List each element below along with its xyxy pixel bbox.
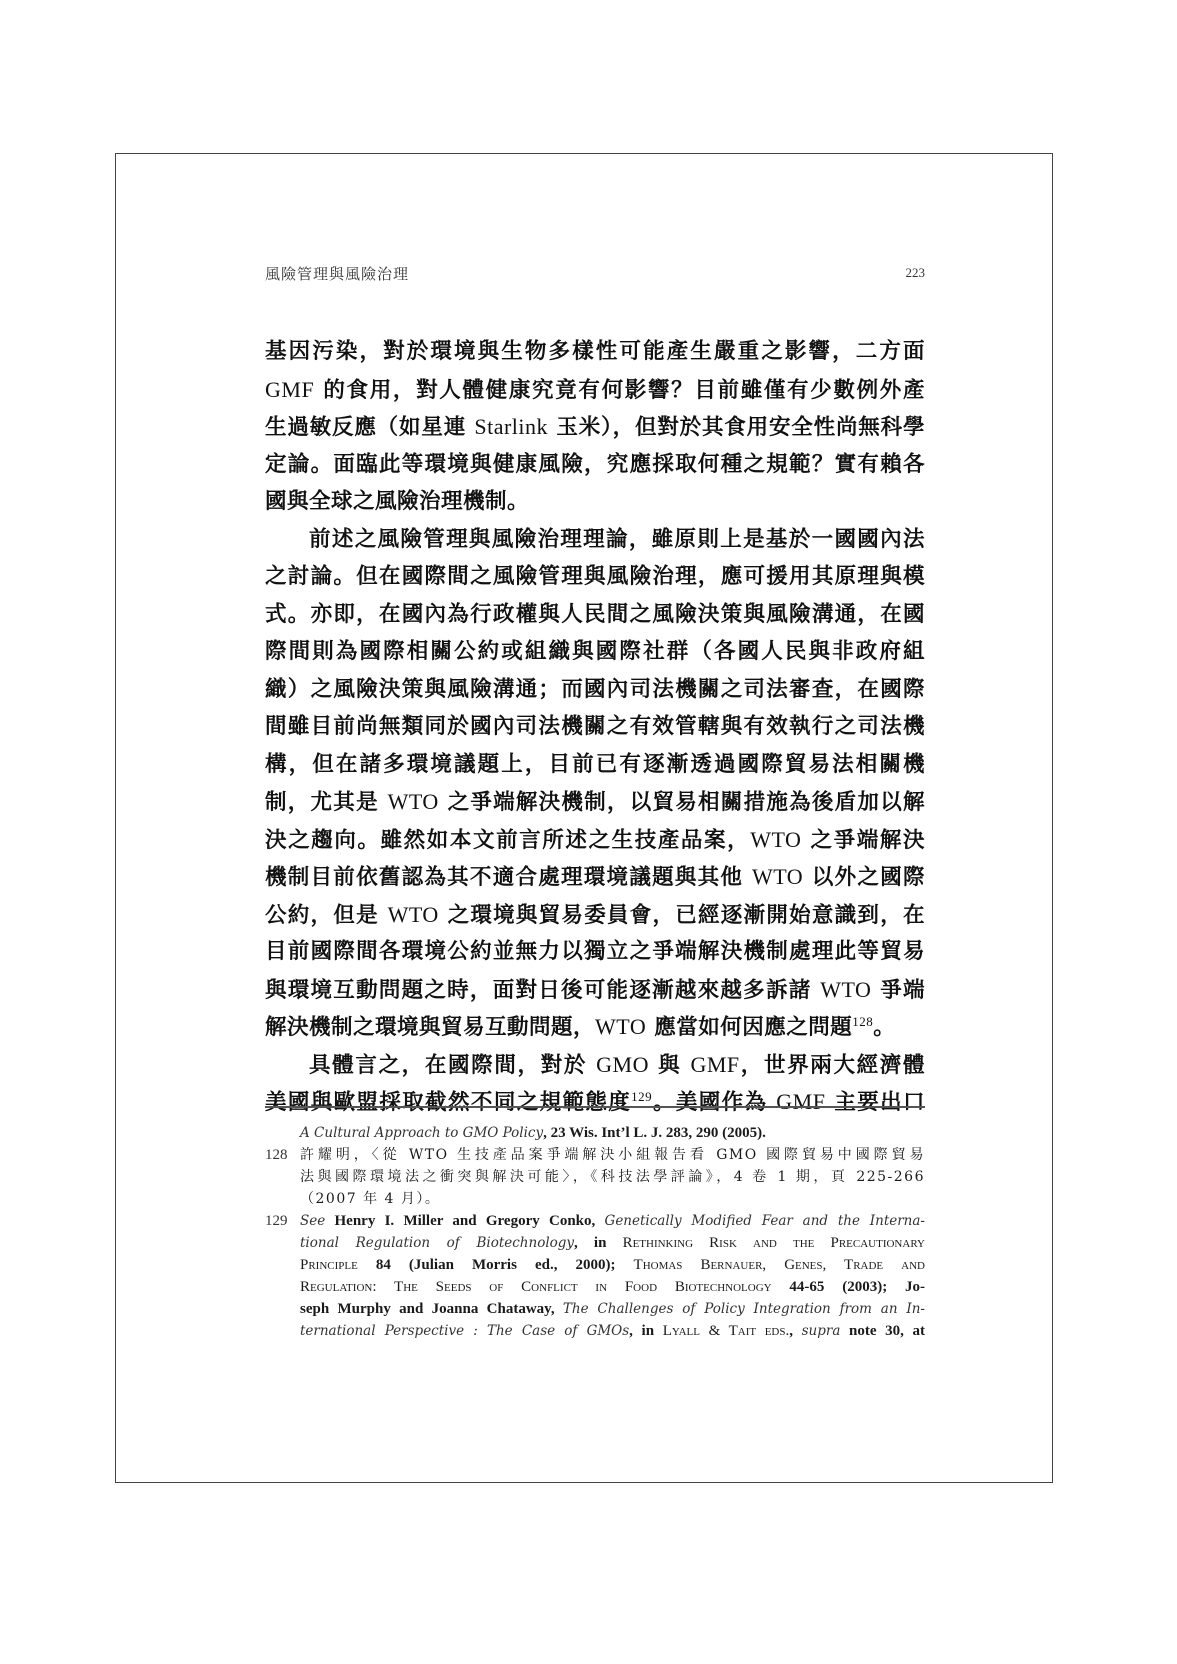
body-line: 織）之風險決策與風險溝通；而國內司法機關之司法審查，在國際 xyxy=(265,671,925,709)
footnote-129-cont: ternational Perspective : The Case of GM… xyxy=(265,1320,925,1342)
body-line: 具體言之，在國際間，對於 GMO 與 GMF，世界兩大經濟體 xyxy=(265,1046,925,1084)
body-line: 制，尤其是 WTO 之爭端解決機制，以貿易相關措施為後盾加以解 xyxy=(265,783,925,821)
body-line: 國與全球之風險治理機制。 xyxy=(265,483,925,521)
page-number: 223 xyxy=(880,265,925,281)
footnote-128: 128許耀明，〈從 WTO 生技產品案爭端解決小組報告看 GMO 國際貿易中國際… xyxy=(265,1144,925,1166)
body-line: 解決機制之環境與貿易互動問題，WTO 應當如何因應之問題128。 xyxy=(265,1008,925,1046)
body-line: 構，但在諸多環境議題上，目前已有逐漸透過國際貿易法相關機 xyxy=(265,746,925,784)
footnote-129: 129See Henry I. Miller and Gregory Conko… xyxy=(265,1210,925,1232)
body-line: 基因污染，對於環境與生物多樣性可能產生嚴重之影響，二方面 xyxy=(265,333,925,371)
footnote-129-cont: seph Murphy and Joanna Chataway, The Cha… xyxy=(265,1298,925,1320)
footnotes: A Cultural Approach to GMO Policy, 23 Wi… xyxy=(265,1122,925,1342)
body-line: 定論。面臨此等環境與健康風險，究應採取何種之規範？實有賴各 xyxy=(265,446,925,484)
footnote-divider xyxy=(265,1106,925,1108)
body-line: 際間則為國際相關公約或組織與國際社群（各國人民與非政府組 xyxy=(265,633,925,671)
body-line: 公約，但是 WTO 之環境與貿易委員會，已經逐漸開始意識到，在 xyxy=(265,896,925,934)
footnote-ref-128[interactable]: 128 xyxy=(852,1014,873,1029)
body-line: 目前國際間各環境公約並無力以獨立之爭端解決機制處理此等貿易 xyxy=(265,933,925,971)
footnote-128-cont: 法與國際環境法之衝突與解決可能〉，《科技法學評論》，4 卷 1 期，頁 225-… xyxy=(265,1166,925,1188)
body-line: 美國與歐盟採取截然不同之規範態度129。美國作為 GMF 主要出口 xyxy=(265,1083,925,1121)
footnote-128-cont: （2007 年 4 月）。 xyxy=(265,1188,925,1210)
body-line: 生過敏反應（如星連 Starlink 玉米），但對於其食用安全性尚無科學 xyxy=(265,408,925,446)
body-line: 式。亦即，在國內為行政權與人民間之風險決策與風險溝通，在國 xyxy=(265,596,925,634)
footnote-129-cont: Regulation: The Seeds of Conflict in Foo… xyxy=(265,1276,925,1298)
footnote-continuation: A Cultural Approach to GMO Policy, 23 Wi… xyxy=(265,1122,925,1144)
body-text: 基因污染，對於環境與生物多樣性可能產生嚴重之影響，二方面 GMF 的食用，對人體… xyxy=(265,333,925,1121)
body-line: 前述之風險管理與風險治理理論，雖原則上是基於一國國內法 xyxy=(265,521,925,559)
running-head: 風險管理與風險治理 xyxy=(265,263,409,284)
footnote-ref-129[interactable]: 129 xyxy=(631,1089,652,1104)
body-line: GMF 的食用，對人體健康究竟有何影響？目前雖僅有少數例外產 xyxy=(265,371,925,409)
footnote-129-cont: tional Regulation of Biotechnology, in R… xyxy=(265,1232,925,1254)
body-line: 間雖目前尚無類同於國內司法機關之有效管轄與有效執行之司法機 xyxy=(265,708,925,746)
body-line: 之討論。但在國際間之風險管理與風險治理，應可援用其原理與模 xyxy=(265,558,925,596)
body-line: 機制目前依舊認為其不適合處理環境議題與其他 WTO 以外之國際 xyxy=(265,858,925,896)
body-line: 決之趨向。雖然如本文前言所述之生技產品案，WTO 之爭端解決 xyxy=(265,821,925,859)
body-line: 與環境互動問題之時，面對日後可能逐漸越來越多訴諸 WTO 爭端 xyxy=(265,971,925,1009)
footnote-number: 128 xyxy=(265,1144,288,1166)
footnote-number: 129 xyxy=(265,1210,288,1232)
footnote-129-cont: Principle 84 (Julian Morris ed., 2000); … xyxy=(265,1254,925,1276)
